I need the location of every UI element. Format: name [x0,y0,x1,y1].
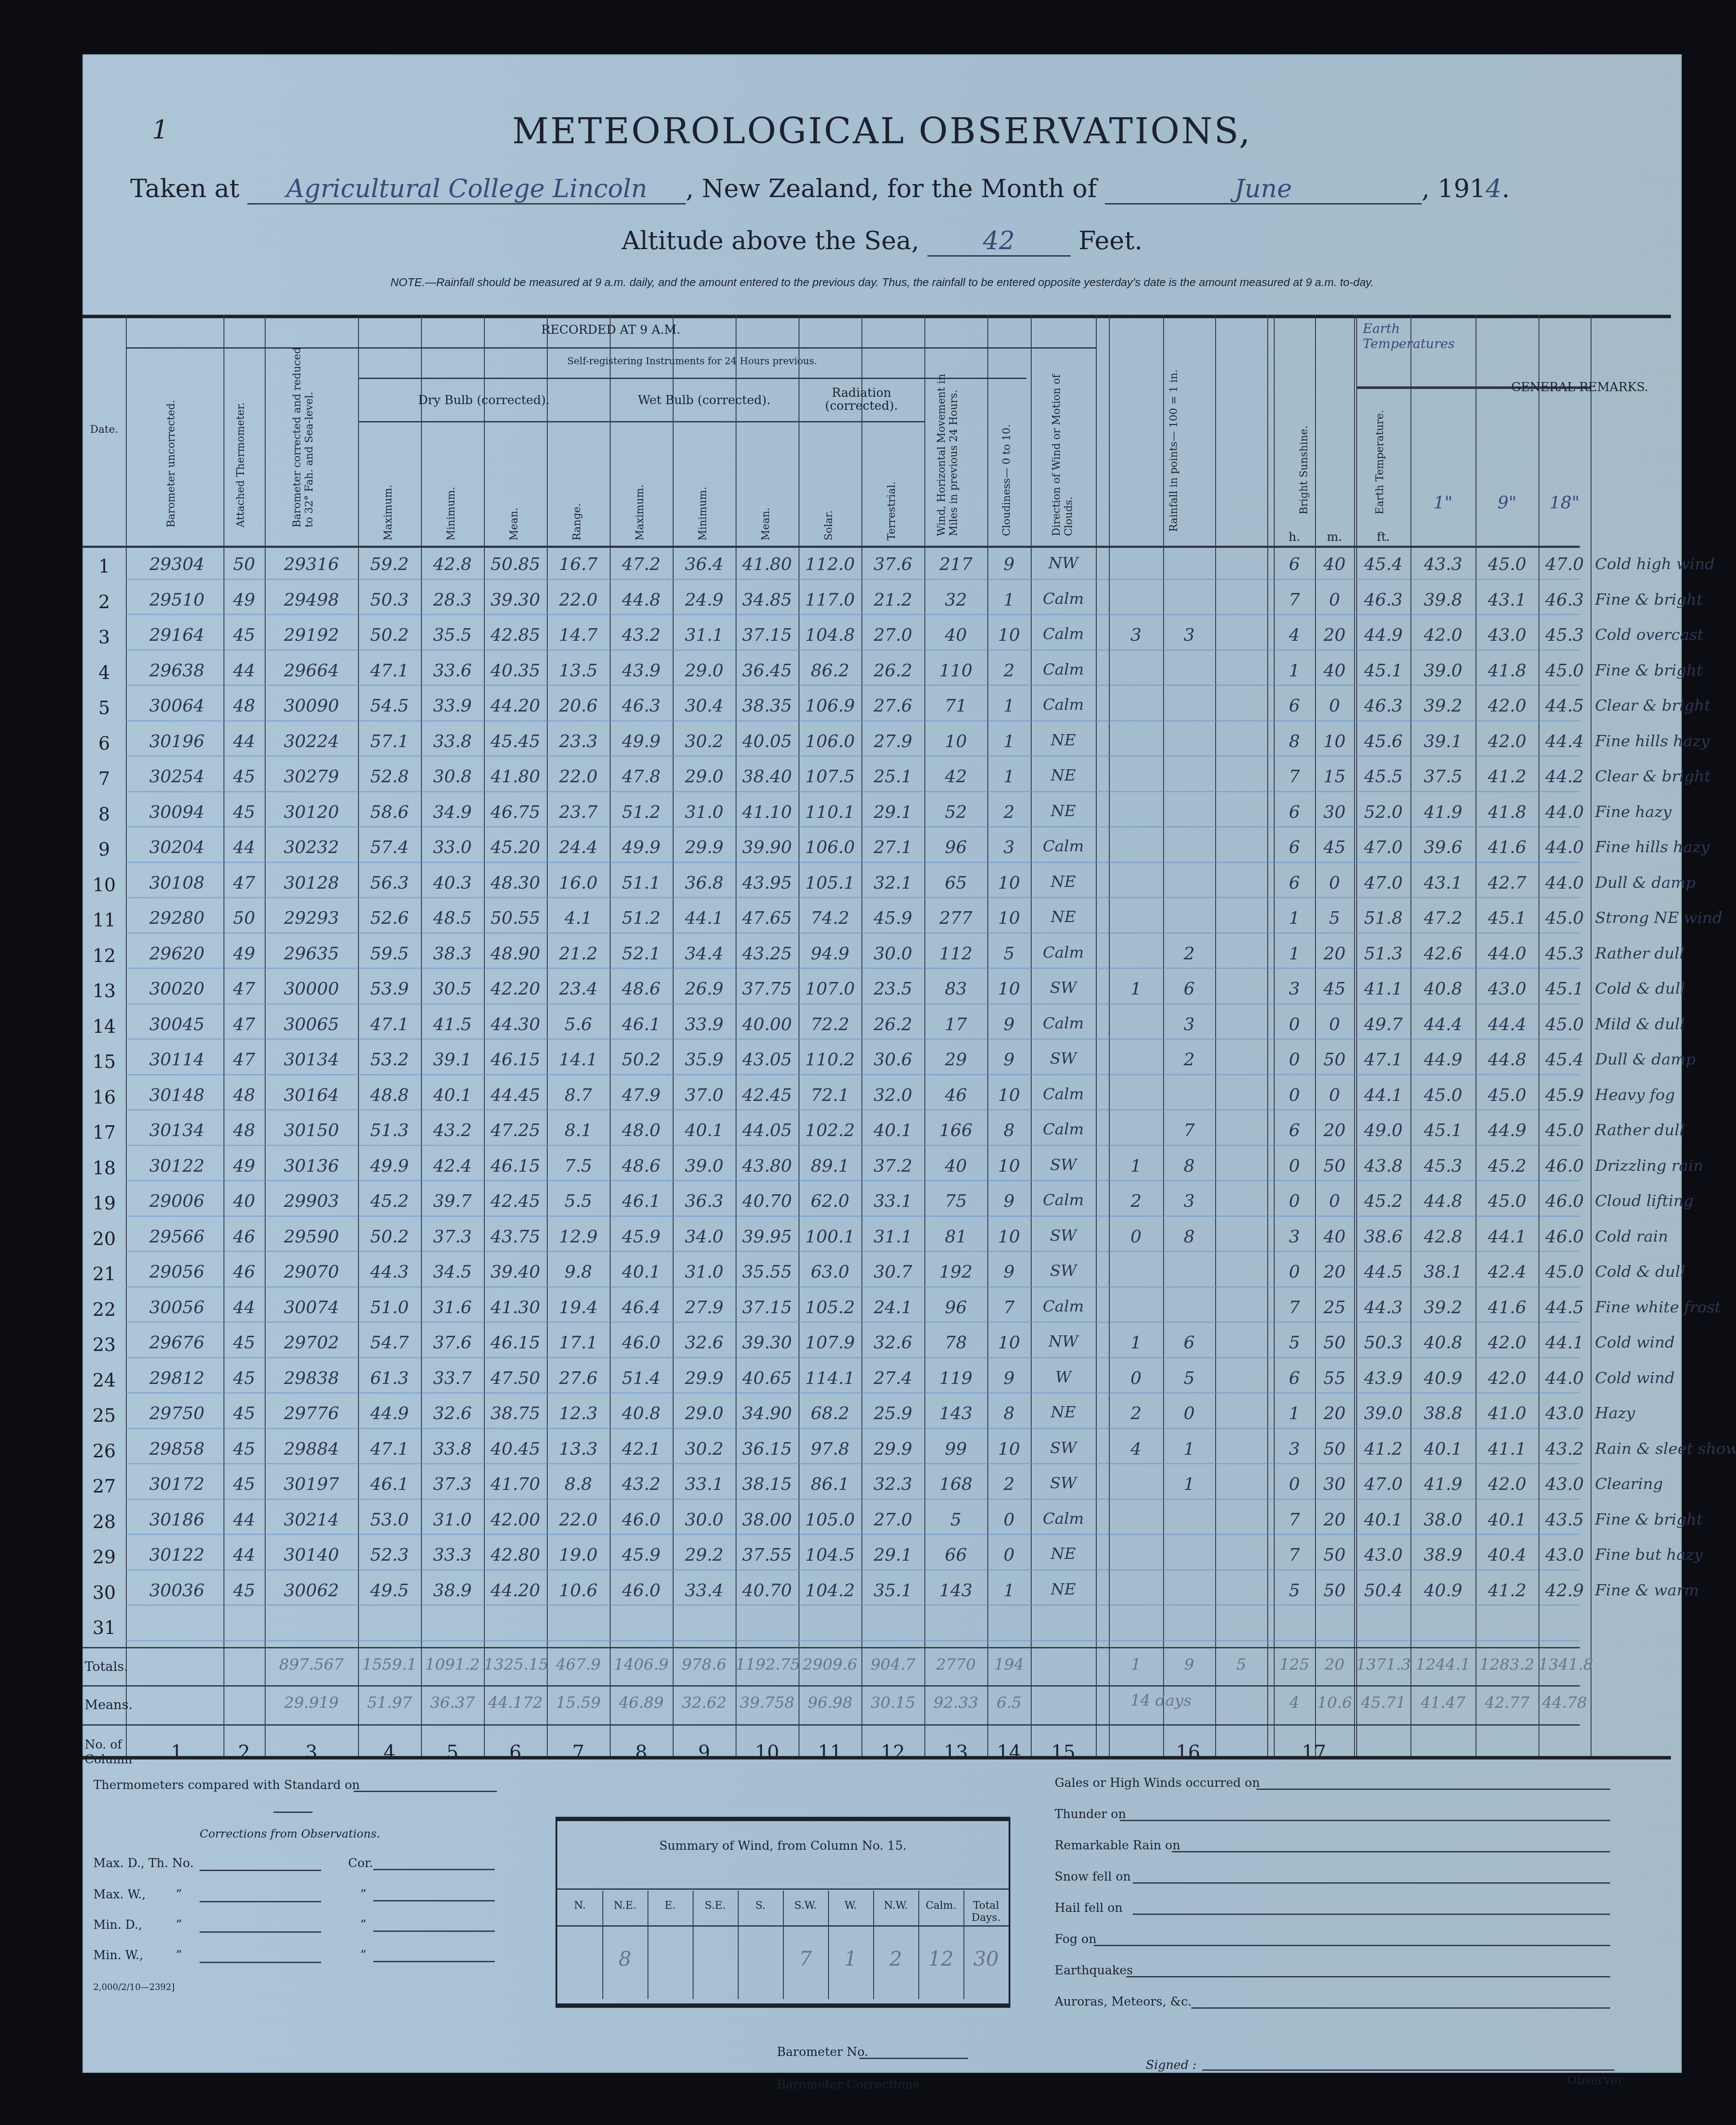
cell-dmin[interactable]: 31.0 [421,1510,484,1530]
event-field[interactable] [1133,1914,1610,1915]
cell-dmax[interactable]: 53.9 [358,979,421,999]
cell-sh[interactable]: 7 [1274,1510,1315,1530]
cell-ter[interactable]: 32.0 [861,1085,924,1105]
cell-wmin[interactable]: 30.0 [673,1510,736,1530]
cell-e1[interactable]: 39.1 [1410,731,1476,751]
cell-at[interactable]: 48 [224,1085,265,1105]
cell-dmin[interactable]: 40.1 [421,1085,484,1105]
event-field[interactable] [1094,1945,1610,1946]
cell-sh[interactable]: 0 [1274,1156,1315,1176]
cell-sm[interactable]: 0 [1315,1015,1354,1034]
cell-bc[interactable]: 29070 [265,1262,358,1282]
cell-at[interactable]: 50 [224,908,265,928]
cell-sm[interactable]: 50 [1315,1050,1354,1070]
cell-bc[interactable]: 30224 [265,731,358,751]
cell-r1[interactable]: 2 [1109,1403,1163,1423]
cell-bu[interactable]: 29006 [130,1191,224,1211]
cell-at[interactable]: 47 [224,979,265,999]
cell-e9[interactable]: 43.0 [1476,625,1539,645]
cell-e1[interactable]: 39.0 [1410,661,1476,681]
min-d-field[interactable] [200,1931,321,1933]
cell-wmean[interactable]: 40.05 [736,731,799,751]
cell-e18[interactable]: 44.5 [1539,696,1591,716]
remark-cell[interactable]: Clear & bright [1595,768,1710,785]
cell-sm[interactable]: 0 [1315,1191,1354,1211]
cell-bu[interactable]: 29676 [130,1333,224,1353]
cell-dmin[interactable]: 39.7 [421,1191,484,1211]
cell-dmax[interactable]: 59.2 [358,554,421,574]
remark-cell[interactable]: Fine & warm [1595,1581,1699,1599]
cell-wmax[interactable]: 51.2 [610,802,673,822]
cell-sol[interactable]: 107.0 [799,979,861,999]
cell-cl[interactable]: 8 [987,1403,1031,1423]
cell-bc[interactable]: 30120 [265,802,358,822]
cell-wmin[interactable]: 31.0 [673,1262,736,1282]
cell-wind[interactable]: 52 [924,802,987,822]
remark-cell[interactable]: Fine & bright [1595,1511,1703,1529]
cell-e18[interactable]: 46.0 [1539,1156,1591,1176]
cell-sh[interactable]: 4 [1274,625,1315,645]
cell-dmax[interactable]: 57.1 [358,731,421,751]
cell-cl[interactable]: 9 [987,1050,1031,1070]
cell-e9[interactable]: 40.1 [1476,1510,1539,1530]
cell-wmin[interactable]: 30.4 [673,696,736,716]
cell-sol[interactable]: 104.2 [799,1581,861,1601]
cell-e9[interactable]: 45.2 [1476,1156,1539,1176]
cell-drng[interactable]: 12.3 [547,1403,610,1423]
cell-r2[interactable]: 8 [1163,1227,1215,1247]
cell-e1[interactable]: 45.1 [1410,1120,1476,1140]
cell-at[interactable]: 45 [224,802,265,822]
cell-bc[interactable]: 30214 [265,1510,358,1530]
cell-bc[interactable]: 29884 [265,1439,358,1459]
cell-drng[interactable]: 19.0 [547,1545,610,1565]
cell-bu[interactable]: 29638 [130,661,224,681]
cell-cl[interactable]: 10 [987,1227,1031,1247]
cell-e1[interactable]: 37.5 [1410,767,1476,787]
cell-wmin[interactable]: 30.2 [673,1439,736,1459]
cell-dmin[interactable]: 33.8 [421,731,484,751]
cell-cl[interactable]: 1 [987,731,1031,751]
cell-sol[interactable]: 68.2 [799,1403,861,1423]
cell-e9[interactable]: 45.0 [1476,554,1539,574]
remark-cell[interactable]: Fine white frost [1595,1298,1721,1316]
wind-dir-count[interactable]: 1 [828,1947,873,1970]
cell-e9[interactable]: 45.1 [1476,908,1539,928]
cell-sm[interactable]: 0 [1315,873,1354,893]
cell-dmax[interactable]: 56.3 [358,873,421,893]
cell-dmean[interactable]: 41.70 [484,1474,547,1494]
cell-cl[interactable]: 10 [987,1439,1031,1459]
cell-e0[interactable]: 50.3 [1356,1333,1410,1353]
cell-r2[interactable]: 6 [1163,1333,1215,1353]
cell-e1[interactable]: 42.0 [1410,625,1476,645]
cell-bu[interactable]: 30134 [130,1120,224,1140]
remark-cell[interactable]: Fine & bright [1595,662,1703,679]
cell-e18[interactable]: 45.0 [1539,1120,1591,1140]
cell-at[interactable]: 47 [224,1015,265,1034]
remark-cell[interactable]: Drizzling rain [1595,1157,1703,1175]
cell-e9[interactable]: 41.0 [1476,1403,1539,1423]
cell-e0[interactable]: 52.0 [1356,802,1410,822]
cell-dir[interactable]: Calm [1031,661,1096,679]
cell-bu[interactable]: 30204 [130,837,224,857]
cell-drng[interactable]: 5.5 [547,1191,610,1211]
cell-e9[interactable]: 42.0 [1476,731,1539,751]
cell-e9[interactable]: 44.1 [1476,1227,1539,1247]
cell-wmean[interactable]: 41.10 [736,802,799,822]
cell-dmean[interactable]: 40.35 [484,661,547,681]
cell-cl[interactable]: 5 [987,944,1031,964]
cell-bu[interactable]: 30045 [130,1015,224,1034]
cell-wmean[interactable]: 43.25 [736,944,799,964]
cell-wmax[interactable]: 48.6 [610,1156,673,1176]
cell-bc[interactable]: 30140 [265,1545,358,1565]
cell-e1[interactable]: 38.9 [1410,1545,1476,1565]
cell-wmax[interactable]: 48.6 [610,979,673,999]
cell-wind[interactable]: 46 [924,1085,987,1105]
cell-sm[interactable]: 20 [1315,1262,1354,1282]
cell-at[interactable]: 44 [224,1545,265,1565]
cell-bc[interactable]: 29664 [265,661,358,681]
cell-wmean[interactable]: 37.55 [736,1545,799,1565]
cell-wmin[interactable]: 44.1 [673,908,736,928]
cell-dmax[interactable]: 44.3 [358,1262,421,1282]
cell-ter[interactable]: 26.2 [861,1015,924,1034]
cell-bu[interactable]: 29510 [130,590,224,610]
cell-bc[interactable]: 30136 [265,1156,358,1176]
cell-at[interactable]: 49 [224,1156,265,1176]
cell-dmin[interactable]: 34.5 [421,1262,484,1282]
cell-wmean[interactable]: 35.55 [736,1262,799,1282]
cell-sh[interactable]: 6 [1274,1120,1315,1140]
max-d-field[interactable] [200,1870,321,1871]
cell-dmin[interactable]: 32.6 [421,1403,484,1423]
cell-ter[interactable]: 31.1 [861,1227,924,1247]
cell-wind[interactable]: 75 [924,1191,987,1211]
cell-dmean[interactable]: 50.85 [484,554,547,574]
cell-dmean[interactable]: 42.00 [484,1510,547,1530]
cell-bc[interactable]: 29192 [265,625,358,645]
cell-sh[interactable]: 0 [1274,1015,1315,1034]
cell-dmin[interactable]: 48.5 [421,908,484,928]
cell-cl[interactable]: 2 [987,802,1031,822]
cell-bc[interactable]: 29702 [265,1333,358,1353]
cell-sh[interactable]: 7 [1274,1545,1315,1565]
cell-sh[interactable]: 1 [1274,944,1315,964]
cell-dmean[interactable]: 48.30 [484,873,547,893]
cell-drng[interactable]: 13.3 [547,1439,610,1459]
remark-cell[interactable]: Cold wind [1595,1369,1675,1387]
cell-sol[interactable]: 63.0 [799,1262,861,1282]
cell-bu[interactable]: 30254 [130,767,224,787]
cell-sol[interactable]: 112.0 [799,554,861,574]
cell-r1[interactable]: 1 [1109,979,1163,999]
cell-bc[interactable]: 29498 [265,590,358,610]
cell-dmax[interactable]: 59.5 [358,944,421,964]
cell-drng[interactable]: 10.6 [547,1581,610,1601]
max-w-cor-field[interactable] [373,1900,495,1901]
cell-e9[interactable]: 41.1 [1476,1439,1539,1459]
cell-wind[interactable]: 10 [924,731,987,751]
cell-e1[interactable]: 42.6 [1410,944,1476,964]
cell-e1[interactable]: 45.3 [1410,1156,1476,1176]
cell-dmax[interactable]: 53.2 [358,1050,421,1070]
cell-bc[interactable]: 29838 [265,1368,358,1388]
cell-wind[interactable]: 42 [924,767,987,787]
cell-wmean[interactable]: 36.15 [736,1439,799,1459]
cell-dmin[interactable]: 42.4 [421,1156,484,1176]
cell-sm[interactable]: 20 [1315,625,1354,645]
cell-dir[interactable]: W [1031,1368,1096,1386]
cell-e0[interactable]: 44.3 [1356,1298,1410,1318]
cell-sm[interactable]: 15 [1315,767,1354,787]
cell-e18[interactable]: 44.4 [1539,731,1591,751]
cell-dmax[interactable]: 57.4 [358,837,421,857]
cell-wind[interactable]: 96 [924,1298,987,1318]
cell-e0[interactable]: 46.3 [1356,696,1410,716]
cell-wmean[interactable]: 44.05 [736,1120,799,1140]
cell-dmin[interactable]: 43.2 [421,1120,484,1140]
cell-drng[interactable]: 17.1 [547,1333,610,1353]
cell-bu[interactable]: 29750 [130,1403,224,1423]
cell-dmin[interactable]: 38.3 [421,944,484,964]
cell-dmax[interactable]: 61.3 [358,1368,421,1388]
cell-dmin[interactable]: 31.6 [421,1298,484,1318]
remark-cell[interactable]: Cloud lifting [1595,1192,1693,1210]
cell-wind[interactable]: 110 [924,661,987,681]
cell-cl[interactable]: 9 [987,1015,1031,1034]
remark-cell[interactable]: Dull & damp [1595,874,1696,892]
cell-cl[interactable]: 1 [987,767,1031,787]
event-field[interactable] [1126,1976,1610,1977]
cell-e18[interactable]: 42.9 [1539,1581,1591,1601]
cell-wmean[interactable]: 39.90 [736,837,799,857]
cell-dmax[interactable]: 52.6 [358,908,421,928]
cell-e1[interactable]: 39.6 [1410,837,1476,857]
cell-e0[interactable]: 45.4 [1356,554,1410,574]
cell-wmax[interactable]: 51.1 [610,873,673,893]
cell-e1[interactable]: 42.8 [1410,1227,1476,1247]
cell-dmax[interactable]: 44.9 [358,1403,421,1423]
cell-cl[interactable]: 10 [987,979,1031,999]
cell-bu[interactable]: 30056 [130,1298,224,1318]
cell-wmax[interactable]: 47.2 [610,554,673,574]
cell-dir[interactable]: NE [1031,802,1096,820]
barometer-no-field[interactable] [859,2058,968,2059]
cell-r1[interactable]: 0 [1109,1368,1163,1388]
wind-dir-count[interactable]: 12 [918,1947,963,1970]
cell-cl[interactable]: 2 [987,661,1031,681]
cell-ter[interactable]: 32.1 [861,873,924,893]
cell-at[interactable]: 44 [224,1298,265,1318]
cell-at[interactable]: 44 [224,661,265,681]
cell-e18[interactable]: 43.2 [1539,1439,1591,1459]
cell-dmax[interactable]: 49.5 [358,1581,421,1601]
cell-cl[interactable]: 3 [987,837,1031,857]
cell-cl[interactable]: 10 [987,873,1031,893]
cell-drng[interactable]: 12.9 [547,1227,610,1247]
cell-ter[interactable]: 23.5 [861,979,924,999]
cell-dir[interactable]: Calm [1031,944,1096,962]
cell-ter[interactable]: 30.0 [861,944,924,964]
cell-bu[interactable]: 30122 [130,1156,224,1176]
cell-wmax[interactable]: 49.9 [610,837,673,857]
min-w-cor-field[interactable] [373,1961,495,1962]
remark-cell[interactable]: Fine but hazy [1595,1546,1703,1564]
cell-e0[interactable]: 39.0 [1356,1403,1410,1423]
cell-sol[interactable]: 117.0 [799,590,861,610]
cell-e1[interactable]: 38.1 [1410,1262,1476,1282]
cell-dmax[interactable]: 54.5 [358,696,421,716]
cell-drng[interactable]: 5.6 [547,1015,610,1034]
cell-e1[interactable]: 43.3 [1410,554,1476,574]
cell-wind[interactable]: 29 [924,1050,987,1070]
cell-dmax[interactable]: 51.0 [358,1298,421,1318]
cell-r1[interactable]: 2 [1109,1191,1163,1211]
cell-e9[interactable]: 41.6 [1476,1298,1539,1318]
wind-dir-count[interactable]: 7 [783,1947,828,1970]
cell-sm[interactable]: 20 [1315,1510,1354,1530]
wind-dir-count[interactable]: 30 [963,1947,1009,1970]
cell-drng[interactable]: 14.1 [547,1050,610,1070]
cell-dmean[interactable]: 40.45 [484,1439,547,1459]
cell-r1[interactable]: 1 [1109,1333,1163,1353]
cell-cl[interactable]: 9 [987,1262,1031,1282]
cell-ter[interactable]: 27.9 [861,731,924,751]
cell-sm[interactable]: 30 [1315,1474,1354,1494]
cell-dir[interactable]: NW [1031,1333,1096,1351]
cell-sol[interactable]: 104.5 [799,1545,861,1565]
cell-e9[interactable]: 45.0 [1476,1191,1539,1211]
cell-sol[interactable]: 106.0 [799,837,861,857]
cell-wmax[interactable]: 45.9 [610,1227,673,1247]
cell-bc[interactable]: 29293 [265,908,358,928]
cell-e0[interactable]: 50.4 [1356,1581,1410,1601]
cell-sm[interactable]: 55 [1315,1368,1354,1388]
cell-wmin[interactable]: 31.1 [673,625,736,645]
cell-at[interactable]: 48 [224,1120,265,1140]
cell-e1[interactable]: 45.0 [1410,1085,1476,1105]
cell-wmax[interactable]: 48.0 [610,1120,673,1140]
cell-wmin[interactable]: 29.0 [673,661,736,681]
min-w-field[interactable] [200,1962,321,1963]
cell-at[interactable]: 45 [224,1403,265,1423]
cell-sh[interactable]: 0 [1274,1085,1315,1105]
cell-wind[interactable]: 40 [924,625,987,645]
cell-e0[interactable]: 49.0 [1356,1120,1410,1140]
cell-sol[interactable]: 86.2 [799,661,861,681]
cell-at[interactable]: 40 [224,1191,265,1211]
cell-wmean[interactable]: 37.15 [736,1298,799,1318]
cell-e0[interactable]: 44.9 [1356,625,1410,645]
cell-e9[interactable]: 41.2 [1476,767,1539,787]
remark-cell[interactable]: Clearing [1595,1475,1663,1493]
cell-dmean[interactable]: 44.20 [484,1581,547,1601]
year-field[interactable]: 4 [1486,174,1502,203]
cell-e18[interactable]: 43.0 [1539,1474,1591,1494]
cell-e18[interactable]: 44.0 [1539,873,1591,893]
cell-wmin[interactable]: 24.9 [673,590,736,610]
cell-bu[interactable]: 29280 [130,908,224,928]
cell-dmin[interactable]: 34.9 [421,802,484,822]
cell-wmax[interactable]: 42.1 [610,1439,673,1459]
cell-sol[interactable]: 106.0 [799,731,861,751]
cell-e18[interactable]: 44.0 [1539,802,1591,822]
cell-e1[interactable]: 43.1 [1410,873,1476,893]
cell-sm[interactable]: 45 [1315,979,1354,999]
cell-wmax[interactable]: 47.9 [610,1085,673,1105]
cell-sol[interactable]: 105.2 [799,1298,861,1318]
cell-e18[interactable]: 45.0 [1539,1262,1591,1282]
cell-sm[interactable]: 50 [1315,1156,1354,1176]
cell-ter[interactable]: 32.3 [861,1474,924,1494]
cell-wmean[interactable]: 38.40 [736,767,799,787]
cell-e18[interactable]: 45.9 [1539,1085,1591,1105]
cell-dmin[interactable]: 35.5 [421,625,484,645]
cell-sh[interactable]: 7 [1274,590,1315,610]
cell-ter[interactable]: 27.4 [861,1368,924,1388]
cell-dir[interactable]: NE [1031,873,1096,891]
cell-cl[interactable]: 7 [987,1298,1031,1318]
cell-dmean[interactable]: 47.50 [484,1368,547,1388]
cell-ter[interactable]: 30.6 [861,1050,924,1070]
cell-dmean[interactable]: 45.45 [484,731,547,751]
cell-wind[interactable]: 66 [924,1545,987,1565]
cell-e18[interactable]: 46.0 [1539,1191,1591,1211]
cell-wmean[interactable]: 39.30 [736,1333,799,1353]
cell-e0[interactable]: 45.2 [1356,1191,1410,1211]
cell-drng[interactable]: 13.5 [547,661,610,681]
cell-bc[interactable]: 30128 [265,873,358,893]
cell-bu[interactable]: 29858 [130,1439,224,1459]
cell-e18[interactable]: 45.3 [1539,944,1591,964]
cell-dir[interactable]: SW [1031,1156,1096,1174]
cell-cl[interactable]: 9 [987,1368,1031,1388]
cell-r2[interactable]: 1 [1163,1439,1215,1459]
cell-wmin[interactable]: 39.0 [673,1156,736,1176]
cell-wind[interactable]: 143 [924,1581,987,1601]
cell-bc[interactable]: 29776 [265,1403,358,1423]
cell-r2[interactable]: 8 [1163,1156,1215,1176]
cell-wmean[interactable]: 40.70 [736,1581,799,1601]
cell-e0[interactable]: 45.5 [1356,767,1410,787]
remark-cell[interactable]: Cold wind [1595,1334,1675,1351]
cell-dir[interactable]: Calm [1031,1510,1096,1528]
event-field[interactable] [1256,1789,1610,1790]
cell-dmean[interactable]: 48.90 [484,944,547,964]
cell-sh[interactable]: 0 [1274,1191,1315,1211]
cell-r2[interactable]: 7 [1163,1120,1215,1140]
cell-wmax[interactable]: 46.0 [610,1510,673,1530]
cell-cl[interactable]: 10 [987,625,1031,645]
cell-wmean[interactable]: 34.90 [736,1403,799,1423]
remark-cell[interactable]: Strong NE wind [1595,909,1722,927]
cell-sm[interactable]: 50 [1315,1439,1354,1459]
cell-ter[interactable]: 45.9 [861,908,924,928]
cell-at[interactable]: 45 [224,767,265,787]
cell-e18[interactable]: 45.1 [1539,979,1591,999]
cell-e0[interactable]: 41.2 [1356,1439,1410,1459]
cell-bu[interactable]: 29056 [130,1262,224,1282]
cell-e9[interactable]: 43.1 [1476,590,1539,610]
cell-e1[interactable]: 44.9 [1410,1050,1476,1070]
cell-wmean[interactable]: 41.80 [736,554,799,574]
cell-e9[interactable]: 42.7 [1476,873,1539,893]
cell-wmean[interactable]: 36.45 [736,661,799,681]
cell-cl[interactable]: 9 [987,554,1031,574]
cell-wmin[interactable]: 36.8 [673,873,736,893]
